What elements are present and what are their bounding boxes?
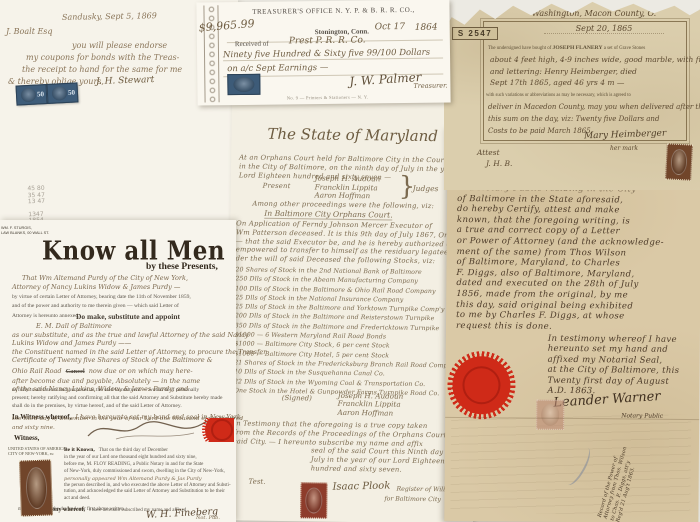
- letter-dateline: Sandusky, Sept 5, 1869: [62, 11, 157, 22]
- witness-label: Witness,: [14, 434, 39, 442]
- text-line: in the year of our Lord one thousand eig…: [64, 455, 231, 462]
- gravestone-order-form: S 2547 Washington, Macon County, O. Sept…: [444, 0, 700, 190]
- text-line: you will please endorse: [72, 41, 167, 50]
- text-line: Be it Known, That on the third day of De…: [64, 444, 231, 455]
- red-brown-revenue-stamp: [300, 482, 328, 518]
- text-line: E. M. Dall of Baltimore: [36, 322, 266, 331]
- text-line: Lukins Widow and James Purdy ——: [12, 339, 266, 348]
- her-mark-note: her mark: [610, 145, 638, 152]
- cancelled-word: Cancel: [66, 368, 85, 375]
- blue-50c-revenue-stamp: 50: [16, 84, 48, 106]
- form-dateline: Washington, Macon County, O.: [504, 9, 684, 18]
- signed-names: Joseph H. Audoun Francklin Lippita Aaron…: [337, 392, 403, 418]
- text-line: at the City of Baltimore, this: [548, 365, 680, 377]
- judges-list: Joseph H. Audoun Francklin Lippita Aaron…: [315, 174, 381, 201]
- receipt-date: Oct 17: [375, 22, 405, 32]
- form-printed-intro: The undersigned have bought of JOSEPH FL…: [488, 45, 645, 51]
- printed-text: The undersigned have bought of: [488, 46, 551, 51]
- text-line: this sum on the day, viz: Twenty five Do…: [488, 113, 700, 125]
- receipt-office-title: TREASURER'S OFFICE N. Y. P. & B. R. R. C…: [222, 6, 444, 17]
- order-details: about 4 feet high, 4-9 inches wide, good…: [490, 54, 700, 89]
- power-of-attorney-substitution: WM. F. STURGIS, LAW BLANKS, 00 WALL ST. …: [0, 220, 236, 522]
- text-line: and sixty nine.: [12, 425, 55, 431]
- court-testimony: In Testimony that the aforegoing is a tr…: [233, 419, 460, 475]
- text-line: my coupons for bonds with the Treas-: [26, 53, 179, 62]
- text-segment: Ohio Rail Road: [12, 367, 62, 375]
- text-line: after become due and payable, Absolutely…: [12, 377, 266, 386]
- text-line: the receipt to hand for the same for me: [22, 65, 182, 74]
- form-dateline-2: Sept 20, 1865: [544, 24, 664, 34]
- text-line: tution, and acknowledged the said Letter…: [64, 489, 231, 496]
- serial-number-handstamp: S 2547: [452, 27, 498, 40]
- text-line: as fully to all intents and purposes as …: [12, 386, 222, 394]
- faded-revenue-stamp: [536, 400, 564, 430]
- signature-name: Aaron Hoffman: [337, 409, 403, 418]
- text-segment: now due or on which may here-: [89, 367, 193, 375]
- court-order: On Application of Ferndy Johnson Mercer …: [236, 219, 469, 266]
- appoint-clause: Do make, substitute and appoint: [76, 312, 180, 321]
- register-title: Register of Wills: [396, 486, 448, 494]
- be-it-known-lead: Be it Known,: [64, 447, 95, 453]
- text-line: the Constituent named in the said Letter…: [12, 348, 266, 357]
- large-brown-revenue-stamp: [19, 459, 53, 516]
- testimony-block: In testimony whereof I have hereunto set…: [547, 334, 679, 398]
- text-line: before me, M. FLOY READING, a Public Not…: [64, 462, 231, 469]
- revenue-stamp-pair: 50 50: [16, 82, 79, 105]
- stamp-denomination: 50: [68, 89, 75, 97]
- register-signature: Isaac Plook: [332, 481, 390, 493]
- printed-terms: with such variations or abbreviations as…: [486, 93, 631, 98]
- attest-label: Attest: [477, 148, 500, 157]
- text-line: about 4 feet high, 4-9 inches wide, good…: [490, 54, 700, 66]
- text-line: of New-York, duly commissioned and sworn…: [64, 469, 231, 476]
- letter-signature: J. H. Stewart: [96, 75, 155, 87]
- receipt-year: 1864: [415, 23, 438, 33]
- text-line: the person described in, and who execute…: [64, 483, 231, 490]
- court-name: In Baltimore City Orphans Court.: [264, 209, 392, 221]
- text-line: and of the power and authority to me the…: [12, 302, 191, 311]
- acknowledgment-paragraph: Be it Known, That on the third day of De…: [64, 444, 231, 503]
- red-seal: [202, 418, 234, 442]
- register-title-2: for Baltimore City: [384, 495, 441, 503]
- text-line: request this is done.: [456, 321, 663, 333]
- heading-continuation: by these Presents,: [146, 262, 218, 272]
- treasurer-title: Treasurer.: [413, 81, 447, 89]
- red-paper-seal-fragment: [202, 418, 234, 442]
- antique-documents-collage: Sandusky, Sept 5, 1869 J. Boalt Esq you …: [0, 0, 700, 522]
- text-line: LAW BLANKS, 00 WALL ST.: [1, 231, 49, 236]
- pencil-note-line: 13 47: [28, 199, 45, 206]
- judges-label: Judges: [413, 184, 439, 193]
- text-line: deliver in Macedon County, may you when …: [488, 101, 700, 113]
- vendor-name: JOSEPH FLANERY: [553, 45, 603, 51]
- text-segment: That on the third day of December: [99, 448, 168, 453]
- venue-caption: UNITED STATES OF AMERICA, CITY OF NEW-YO…: [8, 446, 67, 456]
- stamp-denomination: 50: [37, 90, 44, 98]
- printed-text: a set of Grave Stones: [604, 46, 646, 51]
- text-line: and lettering: Henry Heimberger, died: [490, 66, 700, 78]
- text-line: der the will of said Deceased the follow…: [236, 255, 469, 267]
- text-line: present; hereby ratifying and confirming…: [12, 394, 222, 402]
- received-of-label: Received of: [235, 40, 269, 48]
- letter-salutation: J. Boalt Esq: [6, 27, 53, 36]
- notary-public-title: Not. Pub.: [196, 515, 220, 521]
- attest-initials: J. H. B.: [486, 159, 512, 168]
- text-line: Certificate of Twenty five Shares of Sto…: [12, 356, 266, 365]
- treasurer-signature: J. W. Palmer: [349, 70, 422, 89]
- document-title: The State of Maryland: [267, 125, 437, 145]
- test-label: Test.: [249, 478, 266, 486]
- received-of-value: Prest P. R. R. Co.: [289, 35, 366, 46]
- certificate-body: — a Notary Public residing in the City —…: [456, 183, 665, 333]
- text-line-with-cancellation: Ohio Rail Road Cancel now due or on whic…: [12, 365, 266, 377]
- printer-footnote: No. 9 — Printers & Stationers — N. Y.: [258, 94, 398, 101]
- treasurers-receipt: TREASURER'S OFFICE N. Y. P. & B. R. R. C…: [196, 0, 450, 106]
- text-line: personally appeared Wm Altemand Purdy & …: [64, 476, 231, 483]
- text-line: as our substitute, and as the true and l…: [12, 331, 266, 340]
- pencil-notes: 45 80 35 47 13 47 1347 1854: [27, 186, 46, 225]
- text-line: by virtue of certain Letter of Attorney,…: [12, 293, 191, 302]
- text-line: Attorney of Nancy Lukins Widow & James P…: [12, 283, 191, 292]
- blue-revenue-stamp: [227, 74, 260, 95]
- text-line: Sept 17th 1865, aged 46 yrs 4 m —: [490, 77, 700, 89]
- present-label: Present: [263, 182, 291, 191]
- stock-list: 20 Shares of Stock in the 2nd National B…: [234, 265, 455, 398]
- receipt-memo: on a/c Sept Earnings —: [227, 63, 328, 74]
- signed-label: (Signed): [282, 394, 312, 402]
- blue-50c-revenue-stamp: 50: [46, 82, 78, 104]
- law-blank-imprint: WM. F. STURGIS, LAW BLANKS, 00 WALL ST.: [1, 226, 49, 235]
- orphans-court-document: The State of Maryland At an Orphans Cour…: [226, 93, 479, 522]
- text-line: That Wm Altemand Purdy of the City of Ne…: [22, 274, 191, 283]
- red-notarial-wax-seal: [447, 351, 516, 420]
- substitution-paragraph: E. M. Dall of Baltimore as our substitut…: [12, 322, 266, 394]
- text-line: CITY OF NEW-YORK, ss:: [8, 451, 67, 456]
- brown-portrait-stamp: [665, 143, 693, 180]
